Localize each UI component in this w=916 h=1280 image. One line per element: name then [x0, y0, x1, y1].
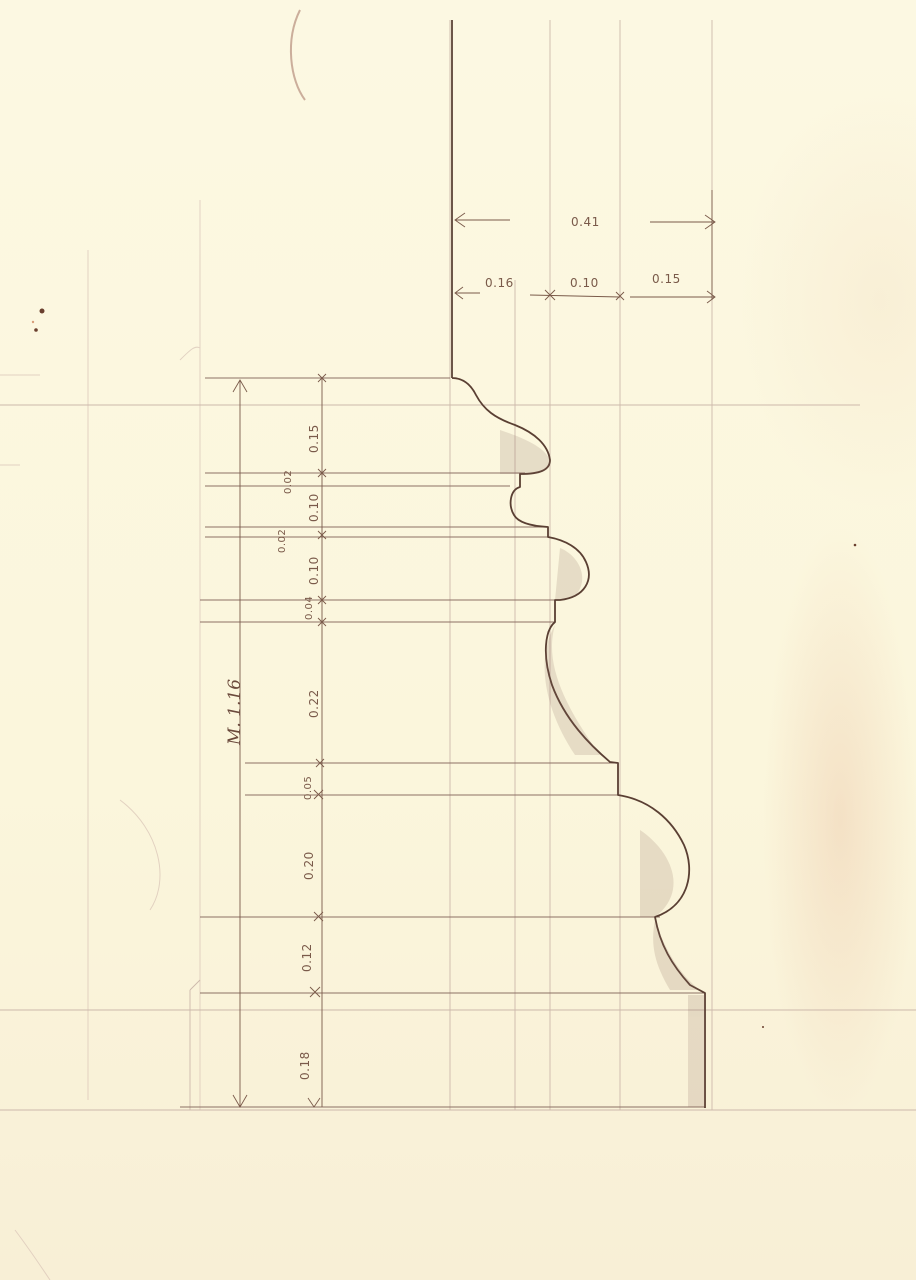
dim-height-11: 0.18	[298, 1051, 312, 1080]
dim-height-3: 0.10	[307, 493, 321, 522]
dim-height-1: 0.15	[307, 424, 321, 453]
dim-total-height: M. 1.16	[225, 679, 245, 746]
dim-width-1: 0.16	[485, 276, 514, 290]
dim-width-3: 0.15	[652, 272, 681, 286]
level-lines	[180, 378, 705, 1107]
dim-width-2: 0.10	[570, 276, 599, 290]
drawing-sheet: 0.41 0.16 0.10 0.15 0.15 0.02 0.10 0.02 …	[0, 0, 916, 1280]
shading	[500, 430, 705, 1107]
dim-height-10: 0.12	[300, 943, 314, 972]
dim-height-6: 0.04	[304, 596, 315, 620]
vertical-dimensions	[233, 374, 326, 1107]
column-base-drawing: 0.41 0.16 0.10 0.15 0.15 0.02 0.10 0.02 …	[0, 0, 916, 1280]
dim-height-2: 0.02	[283, 470, 294, 494]
dim-height-4: 0.02	[277, 529, 288, 553]
dim-height-9: 0.20	[302, 851, 316, 880]
dim-total-width: 0.41	[571, 215, 600, 229]
dim-height-7: 0.22	[307, 689, 321, 718]
paper-specks	[32, 309, 857, 1029]
construction-lines	[0, 20, 916, 1110]
dim-height-5: 0.10	[307, 556, 321, 585]
ghost-marks	[0, 10, 305, 1280]
dim-height-8: 0.05	[303, 776, 314, 800]
